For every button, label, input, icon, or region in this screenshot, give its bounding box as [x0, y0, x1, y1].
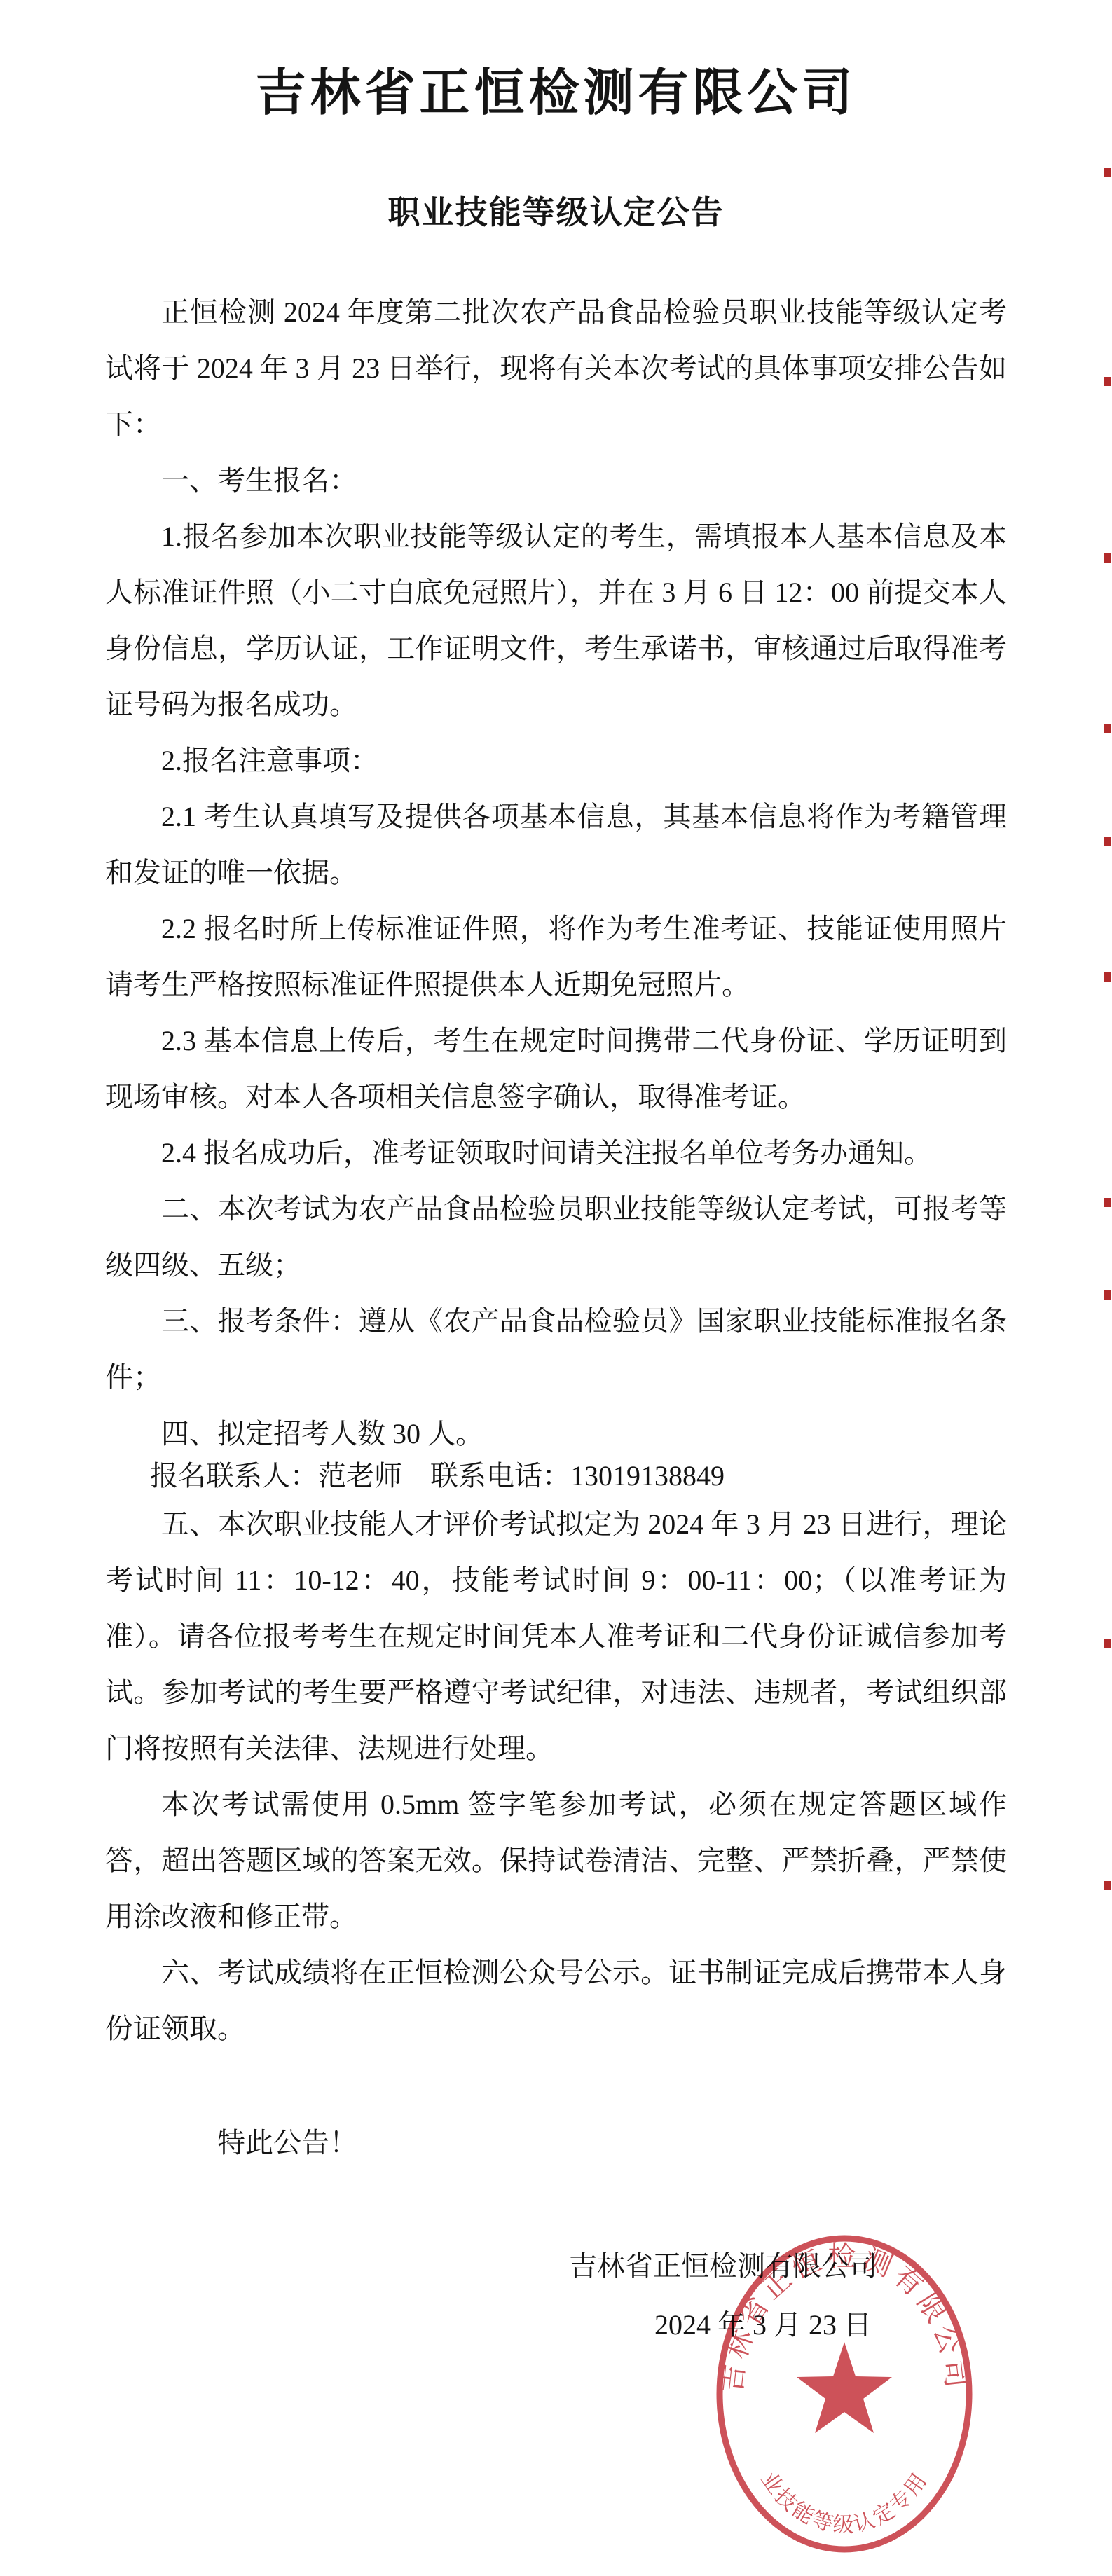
- signature-company: 吉林省正恒检测有限公司: [105, 2247, 877, 2286]
- edge-mark: [1104, 1198, 1111, 1207]
- body-paragraph: 三、报考条件：遵从《农产品食品检验员》国家职业技能标准报名条件；: [105, 1293, 1007, 1405]
- body-paragraph: 一、考生报名：: [105, 453, 1007, 509]
- edge-mark: [1104, 168, 1111, 177]
- edge-mark: [1104, 724, 1111, 733]
- signature-date: 2024 年 3 月 23 日: [105, 2306, 877, 2345]
- body-paragraph: 2.4 报名成功后，准考证领取时间请关注报名单位考务办通知。: [105, 1125, 1007, 1181]
- star-icon: [797, 2342, 892, 2433]
- body-paragraph: 2.3 基本信息上传后，考生在规定时间携带二代身份证、学历证明到现场审核。对本人…: [105, 1013, 1007, 1125]
- edge-mark: [1104, 1881, 1111, 1890]
- body-paragraph: 二、本次考试为农产品食品检验员职业技能等级认定考试，可报考等级四级、五级；: [105, 1181, 1007, 1293]
- body-paragraph: 五、本次职业技能人才评价考试拟定为 2024 年 3 月 23 日进行，理论考试…: [105, 1496, 1007, 1777]
- edge-mark: [1104, 1290, 1111, 1300]
- body-paragraph: 1.报名参加本次职业技能等级认定的考生，需填报本人基本信息及本人标准证件照（小二…: [105, 509, 1007, 733]
- company-title: 吉林省正恒检测有限公司: [0, 63, 1112, 123]
- signature-block: 吉林省正恒检测有限公司 2024 年 3 月 23 日: [105, 2247, 982, 2345]
- contact-line: 报名联系人：范老师 联系电话：13019138849: [105, 1456, 1007, 1496]
- body-paragraph: 六、考试成绩将在正恒检测公众号公示。证书制证完成后携带本人身份证领取。: [105, 1945, 1007, 2057]
- body-paragraph: 2.报名注意事项：: [105, 733, 1007, 789]
- body-paragraph: 本次考试需使用 0.5mm 签字笔参加考试，必须在规定答题区域作答，超出答题区域…: [105, 1777, 1007, 1945]
- closing-line: 特此公告！: [105, 2123, 1007, 2163]
- body-paragraph: 2.1 考生认真填写及提供各项基本信息，其基本信息将作为考籍管理和发证的唯一依据…: [105, 789, 1007, 901]
- body-paragraph: 2.2 报名时所上传标准证件照，将作为考生准考证、技能证使用照片请考生严格按照标…: [105, 901, 1007, 1013]
- document-body: 正恒检测 2024 年度第二批次农产品食品检验员职业技能等级认定考试将于 202…: [105, 284, 1007, 2345]
- document-page: 吉林省正恒检测有限公司 职业技能等级认定公告 正恒检测 2024 年度第二批次农…: [0, 63, 1112, 2576]
- body-paragraph: 正恒检测 2024 年度第二批次农产品食品检验员职业技能等级认定考试将于 202…: [105, 284, 1007, 453]
- edge-mark: [1104, 1639, 1111, 1648]
- edge-mark: [1104, 553, 1111, 563]
- announcement-subtitle: 职业技能等级认定公告: [0, 193, 1112, 232]
- edge-mark: [1104, 837, 1111, 846]
- edge-mark: [1104, 972, 1111, 982]
- body-paragraph: 四、拟定招考人数 30 人。: [105, 1412, 1007, 1456]
- edge-mark: [1104, 377, 1111, 386]
